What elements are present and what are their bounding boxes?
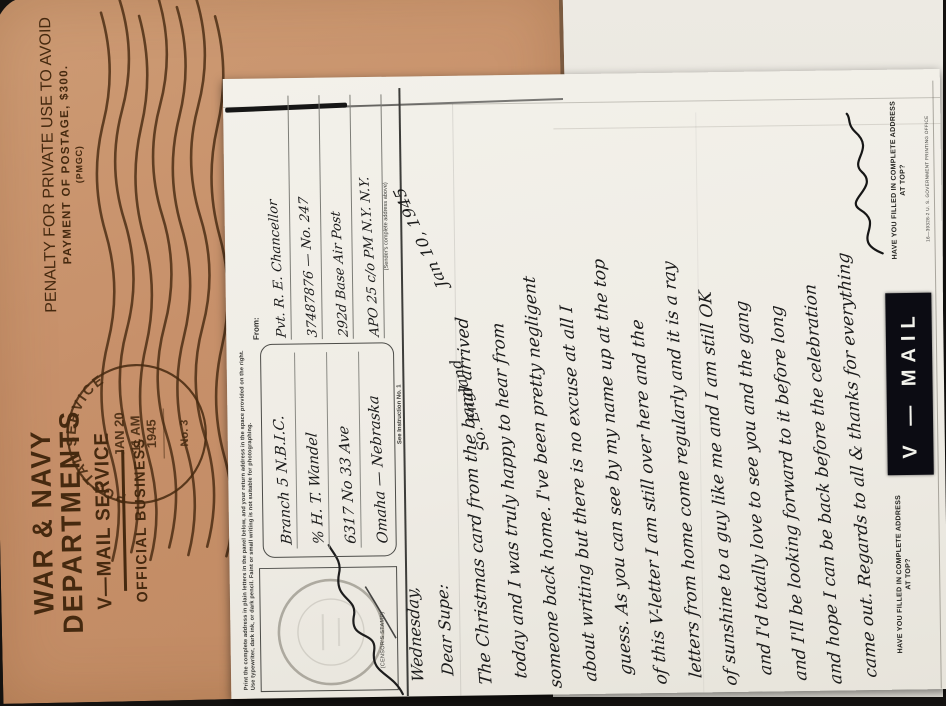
divider-rule bbox=[121, 450, 127, 591]
body-line: The Christmas card from the band arrived bbox=[452, 316, 496, 685]
address-check-left: HAVE YOU FILLED IN COMPLETE ADDRESS AT T… bbox=[894, 493, 914, 655]
from-line-4: APO 25 c/o PM N.Y. N.Y. bbox=[357, 176, 383, 337]
address-row: Branch 5 N.B.I.C. bbox=[263, 353, 298, 549]
gpo-print-line: 16—39328-2 U. S. GOVERNMENT PRINTING OFF… bbox=[923, 89, 931, 269]
official-business-line: OFFICIAL BUSINESS bbox=[129, 337, 154, 704]
body-line: of this V-letter I am still over here an… bbox=[628, 319, 672, 686]
from-row: APO 25 c/o PM N.Y. N.Y. bbox=[350, 94, 384, 338]
from-line-3: 292d Base Air Post bbox=[329, 211, 352, 338]
scanned-mail-photo: PENALTY FOR PRIVATE USE TO AVOID PAYMENT… bbox=[0, 0, 946, 706]
censor-signature bbox=[325, 538, 411, 699]
from-line-2: 37487876 — No. 247 bbox=[297, 196, 321, 338]
censor-stamp-caption: (CENSOR'S STAMP) bbox=[380, 612, 387, 669]
address-row: 6317 No 33 Ave bbox=[327, 352, 362, 548]
vmail-service-line: V—MAIL SERVICE bbox=[89, 337, 120, 704]
from-line-1: Pvt. R. E. Chancellor bbox=[266, 199, 290, 338]
body-salutation: Dear Supe: bbox=[433, 583, 458, 676]
address-line-3: 6317 No 33 Ave bbox=[336, 425, 360, 544]
sender-signature bbox=[841, 109, 889, 260]
from-row: 292d Base Air Post bbox=[319, 95, 353, 339]
from-row: 37487876 — No. 247 bbox=[288, 95, 322, 339]
address-line-1: Branch 5 N.B.I.C. bbox=[271, 415, 296, 546]
from-row: Pvt. R. E. Chancellor bbox=[257, 96, 291, 340]
vmail-form: Print the complete address in plain lett… bbox=[232, 81, 941, 699]
body-line: today and I was truly happy to hear from bbox=[488, 322, 531, 680]
address-row: % H. T. Wandel bbox=[295, 352, 330, 548]
address-row: Omaha — Nebraska bbox=[359, 351, 393, 547]
body-date: Jan 10, 1945 bbox=[389, 185, 451, 290]
vmail-logo: V — MAIL bbox=[885, 293, 934, 476]
address-line-4: Omaha — Nebraska bbox=[366, 395, 392, 544]
body-line: about writing but there is no excuse at … bbox=[557, 305, 602, 683]
address-line-2: % H. T. Wandel bbox=[304, 432, 327, 545]
to-address-panel: Branch 5 N.B.I.C. % H. T. Wandel 6317 No… bbox=[260, 342, 397, 558]
address-check-right: HAVE YOU FILLED IN COMPLETE ADDRESS AT T… bbox=[889, 99, 909, 261]
departments-line: DEPARTMENTS bbox=[53, 338, 90, 705]
postmark-number: No. 3 bbox=[179, 419, 192, 446]
from-panel: From: Pvt. R. E. Chancellor 37487876 — N… bbox=[248, 94, 393, 340]
vmail-logo-text: V — MAIL bbox=[897, 309, 922, 459]
letter-body: Wednesday, Jan 10, 1945 Dear Supe: So. E… bbox=[404, 81, 890, 696]
sender-department-block: WAR & NAVY DEPARTMENTS V—MAIL SERVICE OF… bbox=[24, 336, 184, 706]
vmail-letter-photostat: Print the complete address in plain lett… bbox=[223, 69, 946, 699]
